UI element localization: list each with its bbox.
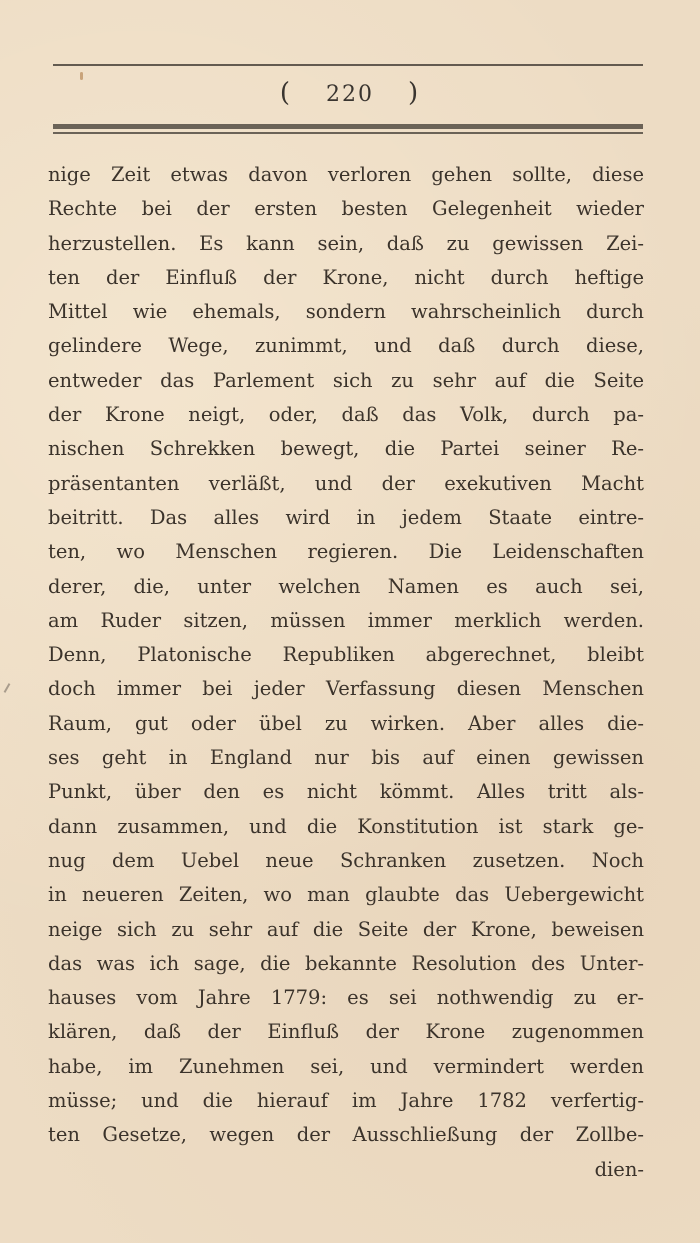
- text-line: herzustellen. Es kann sein, daß zu gewis…: [48, 227, 644, 261]
- text-line: doch immer bei jeder Verfassung diesen M…: [48, 672, 644, 706]
- header-left-paren: (: [280, 78, 292, 108]
- text-line: der Krone neigt, oder, daß das Volk, dur…: [48, 398, 644, 432]
- text-line: ses geht in England nur bis auf einen ge…: [48, 741, 644, 775]
- header-rule-top: [53, 64, 643, 66]
- header-rule-thin: [53, 132, 643, 134]
- page-number: 220: [326, 82, 374, 107]
- text-line: hauses vom Jahre 1779: es sei nothwendig…: [48, 981, 644, 1015]
- book-page: (220) nige Zeit etwas davon verloren geh…: [0, 0, 700, 1243]
- text-line: am Ruder sitzen, müssen immer merklich w…: [48, 604, 644, 638]
- text-line: neige sich zu sehr auf die Seite der Kro…: [48, 913, 644, 947]
- text-line: präsentanten verläßt, und der exekutiven…: [48, 467, 644, 501]
- text-line: beitritt. Das alles wird in jedem Staate…: [48, 501, 644, 535]
- text-line: müsse; und die hierauf im Jahre 1782 ver…: [48, 1084, 644, 1118]
- text-line: nischen Schrekken bewegt, die Partei sei…: [48, 432, 644, 466]
- header-right-paren: ): [408, 78, 420, 108]
- text-line: habe, im Zunehmen sei, und vermindert we…: [48, 1050, 644, 1084]
- text-line: ten, wo Menschen regieren. Die Leidensch…: [48, 535, 644, 569]
- text-line: Mittel wie ehemals, sondern wahrscheinli…: [48, 295, 644, 329]
- body-text: nige Zeit etwas davon verloren gehen sol…: [48, 158, 644, 1187]
- text-line: nug dem Uebel neue Schranken zusetzen. N…: [48, 844, 644, 878]
- text-line: Rechte bei der ersten besten Gelegenheit…: [48, 192, 644, 226]
- margin-pencil-mark: [4, 683, 11, 693]
- text-line: Punkt, über den es nicht kömmt. Alles tr…: [48, 775, 644, 809]
- text-line: klären, daß der Einfluß der Krone zugeno…: [48, 1015, 644, 1049]
- catchword: dien-: [48, 1153, 644, 1187]
- page-header: (220): [0, 78, 700, 108]
- text-line: Raum, gut oder übel zu wirken. Aber alle…: [48, 707, 644, 741]
- text-line: derer, die, unter welchen Namen es auch …: [48, 570, 644, 604]
- text-line: in neueren Zeiten, wo man glaubte das Ue…: [48, 878, 644, 912]
- text-line: das was ich sage, die bekannte Resolutio…: [48, 947, 644, 981]
- text-line: nige Zeit etwas davon verloren gehen sol…: [48, 158, 644, 192]
- text-line: ten Gesetze, wegen der Ausschließung der…: [48, 1118, 644, 1152]
- text-line: dann zusammen, und die Konstitution ist …: [48, 810, 644, 844]
- header-rule-thick: [53, 124, 643, 129]
- text-line: entweder das Parlement sich zu sehr auf …: [48, 364, 644, 398]
- text-line: ten der Einfluß der Krone, nicht durch h…: [48, 261, 644, 295]
- text-line: Denn, Platonische Republiken abgerechnet…: [48, 638, 644, 672]
- text-line: gelindere Wege, zunimmt, und daß durch d…: [48, 329, 644, 363]
